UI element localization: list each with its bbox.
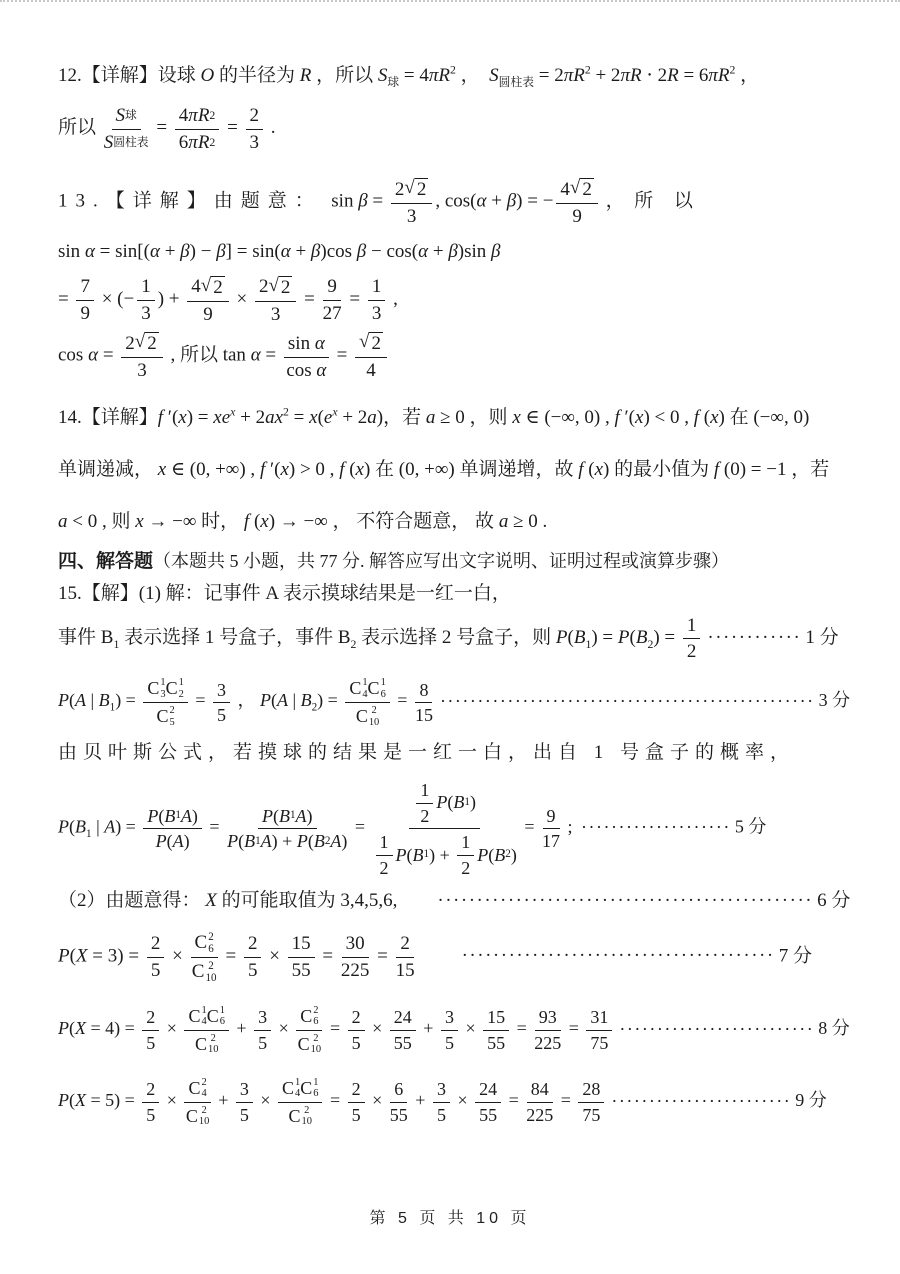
dotted-leader: ···················· (581, 817, 731, 837)
math-fraction: 655 (390, 1078, 408, 1125)
s13-calc: = 79 × (−13) + 429 × 223 = 927 = 13 , (58, 275, 852, 326)
s14-line2: 单调递减， x ∈ (0, +∞) , f ′(x) > 0 , f (x) 在… (58, 458, 852, 483)
math-subscript: 1 (110, 702, 116, 714)
math-combination: C210 (356, 705, 379, 728)
math-fraction: 79 (76, 275, 94, 325)
page-footer: 第 5 页 共 10 页 (0, 1205, 900, 1228)
math-subscript: 球 (125, 110, 137, 122)
math-combination: C16 (368, 677, 386, 700)
math-fraction: 24 (355, 331, 387, 382)
math-superscript: 2 (283, 406, 289, 419)
math-combination: C210 (195, 1033, 218, 1056)
math-fraction: 1555 (483, 1006, 509, 1053)
s15-prob-b: 事件 B1 表示选择 1 号盒子，事件 B2 表示选择 2 号盒子，则 P(B1… (58, 614, 852, 664)
math-sqrt: 2 (359, 332, 383, 355)
math-fraction: 12P(B1)12P(B1) + 12P(B2) (373, 778, 517, 879)
s15-px3: P(X = 3) = 25 × C26C210 = 25 × 1555 = 30… (58, 930, 852, 984)
math-subscript: 2 (647, 638, 653, 651)
math-fraction: P(B1A)P(B1A) + P(B2A) (227, 805, 347, 852)
math-combination: C210 (192, 960, 217, 984)
dotted-leader: ········································ (462, 945, 775, 966)
dotted-leader: ········································… (437, 890, 813, 911)
math-sqrt: 2 (570, 178, 594, 201)
math-fraction: 2455 (475, 1078, 501, 1125)
s14-line1: 14.【详解】f ′(x) = xex + 2ax2 = x(ex + 2a)，… (58, 406, 852, 431)
s13-tan: cos α = 223 , 所以 tan α = sin αcos α = 24 (58, 331, 852, 382)
math-fraction: 215 (396, 932, 415, 982)
math-sqrt: 2 (135, 332, 159, 355)
math-fraction: 25 (244, 932, 262, 982)
math-fraction: C24C210 (184, 1076, 210, 1128)
s14-line3: a < 0 , 则 x → −∞ 时， f (x) → −∞ ， 不符合题意， … (58, 510, 852, 535)
s15-x-values: （2）由题意得： X 的可能取值为 3,4,5,6,··············… (58, 889, 852, 914)
math-fraction: 25 (142, 1078, 159, 1125)
math-fraction: 25 (142, 1006, 159, 1053)
math-fraction: S球S圆柱表 (104, 104, 149, 154)
page-number-text: 第 5 页 共 10 页 (370, 1210, 531, 1227)
s15-px5: P(X = 5) = 25 × C24C210 + 35 × C14C16C21… (58, 1076, 852, 1128)
s15-bayes-formula: P(B1 | A) = P(B1A)P(A) = P(B1A)P(B1A) + … (58, 778, 852, 879)
math-combination: C26 (300, 1005, 318, 1028)
math-fraction: 13 (137, 275, 155, 325)
math-fraction: 1555 (288, 932, 315, 982)
math-fraction: 13 (368, 275, 386, 325)
math-fraction: 84225 (526, 1078, 553, 1125)
math-combination: C25 (156, 705, 174, 728)
math-fraction: C14C16C210 (345, 676, 389, 728)
math-fraction: C26C210 (191, 930, 218, 984)
math-fraction: 30225 (341, 932, 370, 982)
math-fraction: 815 (415, 679, 433, 726)
math-fraction: 4πR26πR2 (175, 104, 220, 154)
math-subscript: 1 (86, 828, 92, 840)
math-fraction: 93225 (534, 1006, 561, 1053)
math-subscript: 2 (351, 638, 357, 651)
math-superscript: 2 (209, 110, 215, 122)
math-fraction: 35 (236, 1078, 253, 1125)
math-superscript: 2 (585, 64, 591, 77)
math-combination: C12 (166, 677, 184, 700)
math-fraction: 12 (457, 831, 474, 878)
math-combination: C26 (195, 931, 214, 955)
math-fraction: 429 (187, 275, 228, 326)
math-fraction: 23 (246, 104, 264, 154)
math-subscript: 2 (505, 849, 511, 860)
math-superscript: x (230, 406, 235, 419)
math-sqrt: 2 (268, 276, 292, 299)
math-fraction: 12 (416, 779, 433, 826)
math-combination: C24 (188, 1077, 206, 1100)
math-subscript: 圆柱表 (113, 137, 148, 149)
s13-intro: 13.【详解】由题意： sin β = 223, cos(α + β) = −4… (58, 177, 852, 228)
dotted-leader: ·························· (619, 1019, 814, 1039)
math-subscript: 圆柱表 (499, 76, 534, 89)
math-superscript: 2 (730, 64, 736, 77)
math-fraction: sin αcos α (284, 332, 329, 382)
s12-ratio: 所以 S球S圆柱表 = 4πR26πR2 = 23 . (58, 104, 852, 154)
math-fraction: 35 (254, 1006, 271, 1053)
math-combination: C14 (282, 1077, 300, 1100)
math-combination: C16 (300, 1077, 318, 1100)
s15-bayes-text: 由贝叶斯公式，若摸球的结果是一红一白，出自 1 号盒子的概率， (58, 741, 852, 766)
math-subscript: 1 (585, 638, 591, 651)
math-subscript: 2 (312, 702, 318, 714)
math-fraction: 927 (323, 275, 342, 325)
math-subscript: 1 (464, 797, 470, 808)
math-fraction: 35 (441, 1006, 458, 1053)
math-fraction: 2875 (578, 1078, 604, 1125)
math-superscript: 2 (209, 137, 215, 149)
math-fraction: 429 (556, 177, 597, 228)
math-fraction: C14C16C210 (184, 1004, 228, 1056)
s15-line1: 15.【解】(1) 解：记事件 A 表示摸球结果是一红一白， (58, 582, 852, 607)
math-fraction: 25 (348, 1078, 365, 1125)
math-fraction: 35 (433, 1078, 450, 1125)
math-superscript: 2 (450, 64, 456, 77)
dotted-leader: ············ (707, 627, 801, 648)
s15-cond: P(A | B1) = C13C12C25 = 35 ， P(A | B2) =… (58, 676, 852, 728)
dotted-leader: ························ (611, 1091, 791, 1111)
math-fraction: P(B1A)P(A) (143, 805, 202, 852)
document-body: 12.【详解】设球 O 的半径为 R ，所以 S球 = 4πR2 ， S圆柱表 … (0, 0, 900, 1128)
math-fraction: 25 (147, 932, 165, 982)
math-fraction: 35 (213, 679, 230, 726)
math-combination: C14 (188, 1005, 206, 1028)
math-fraction: 223 (255, 275, 296, 326)
math-fraction: 223 (391, 177, 432, 228)
math-subscript: 1 (424, 849, 430, 860)
math-subscript: 球 (387, 76, 399, 89)
math-superscript: x (332, 406, 337, 419)
math-combination: C14 (349, 677, 367, 700)
math-subscript: 1 (113, 638, 119, 651)
math-sqrt: 2 (404, 178, 428, 201)
math-combination: C210 (298, 1033, 321, 1056)
math-sqrt: 2 (201, 276, 225, 299)
math-fraction: 223 (121, 331, 162, 382)
math-fraction: C13C12C25 (143, 676, 187, 728)
math-fraction: 917 (542, 805, 560, 852)
math-combination: C210 (186, 1105, 209, 1128)
s15-px4: P(X = 4) = 25 × C14C16C210 + 35 × C26C21… (58, 1004, 852, 1056)
section-heading: 四、解答题（本题共 5 小题，共 77 分. 解答应写出文字说明、证明过程或演算… (58, 550, 852, 575)
dotted-leader: ········································… (440, 691, 815, 711)
math-combination: C16 (207, 1005, 225, 1028)
scan-top-edge (0, 0, 900, 2)
math-combination: C210 (289, 1105, 312, 1128)
math-fraction: C14C16C210 (278, 1076, 322, 1128)
math-combination: C13 (147, 677, 165, 700)
math-fraction: 3175 (586, 1006, 612, 1053)
s13-expand: sin α = sin[(α + β) − β] = sin(α + β)cos… (58, 240, 852, 265)
s12-line1: 12.【详解】设球 O 的半径为 R ，所以 S球 = 4πR2 ， S圆柱表 … (58, 64, 852, 89)
math-fraction: 2455 (390, 1006, 416, 1053)
math-fraction: 25 (348, 1006, 365, 1053)
math-fraction: 12 (376, 831, 393, 878)
math-fraction: 12 (683, 614, 701, 664)
math-fraction: C26C210 (296, 1004, 322, 1056)
